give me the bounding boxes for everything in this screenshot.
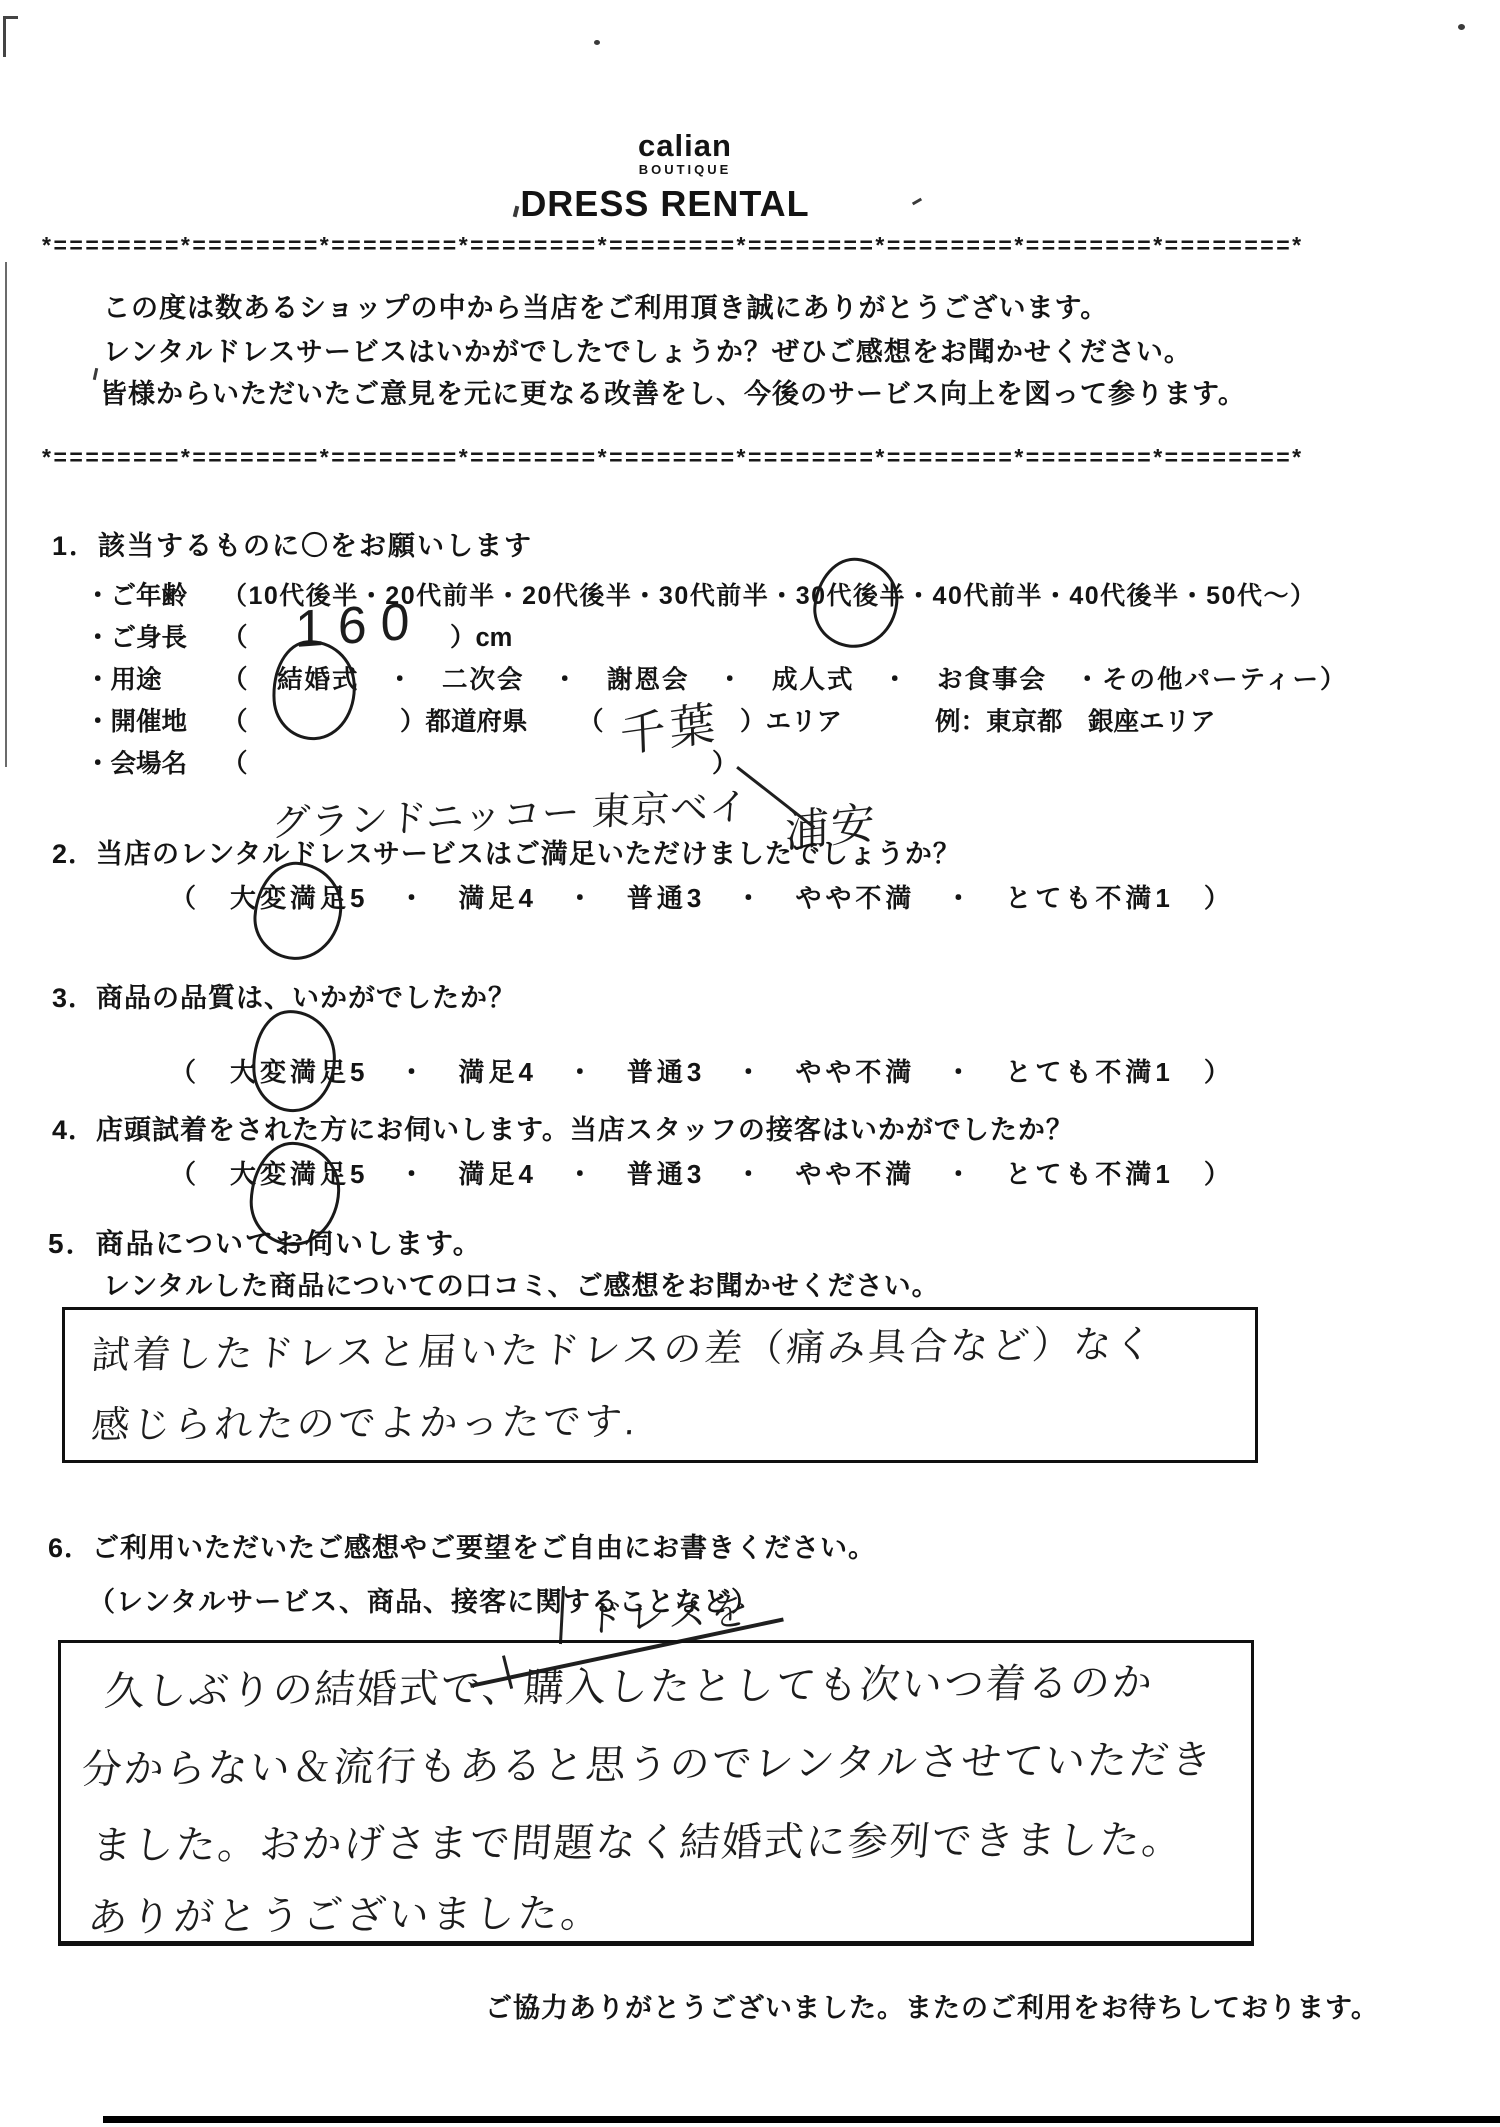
q3-title: 3．商品の品質は、いかがでしたか？ — [52, 976, 516, 1015]
q1-place-paren-open-2: （ — [578, 702, 604, 738]
handwritten-q5-comment-line-2: 感じられたのでよかったです. — [90, 1390, 641, 1449]
scan-mark-right-of-title — [912, 198, 922, 206]
handwritten-prefecture-value: 千葉 — [619, 686, 720, 766]
scan-left-edge-line — [5, 262, 7, 767]
q5-subtitle: レンタルした商品についての口コミ、ご感想をお聞かせください。 — [103, 1264, 940, 1303]
scan-bottom-edge-line — [103, 2116, 1500, 2123]
q1-venue-label: ・会場名 — [85, 744, 187, 780]
q1-place-label: ・開催地 — [85, 702, 187, 738]
scan-dot-top-right — [1458, 24, 1465, 30]
page-title: DRESS RENTAL — [460, 183, 870, 225]
circle-annotation-q3 — [249, 1008, 338, 1114]
q1-purpose-options: （ 結婚式 ・ 二次会 ・ 謝恩会 ・ 成人式 ・ お食事会 ・その他パーティー… — [222, 660, 1347, 696]
q5-title: 5．商品についてお伺いします。 — [48, 1222, 483, 1262]
circle-annotation-q2 — [251, 859, 346, 963]
q1-venue-paren-open: （ — [222, 744, 248, 780]
circle-annotation-age — [810, 554, 903, 652]
handwritten-q6-comment-line-4: ありがとうございました。 — [86, 1881, 606, 1943]
q1-place-prefecture-label: ）都道府県 — [400, 702, 528, 738]
brand-logo: calian — [560, 128, 810, 164]
brand-sub-label: BOUTIQUE — [560, 162, 810, 177]
separator-bottom: *========*========*========*========*===… — [42, 444, 1304, 471]
survey-scan-page: calian BOUTIQUE DRESS RENTAL *========*=… — [0, 0, 1500, 2127]
q1-title: 1．該当するものに〇をお願いします — [52, 524, 533, 563]
scan-dot-top-center — [594, 40, 600, 45]
q1-place-area-label: ）エリア — [740, 702, 842, 738]
intro-line-1: この度は数あるショップの中から当店をご利用頂き誠にありがとうございます。 — [103, 286, 1108, 325]
q1-height-paren-open: （ — [222, 618, 248, 654]
handwritten-q6-comment-line-2: 分からない＆流行もあると思うのでレンタルさせていただき — [80, 1728, 1216, 1795]
q6-title: 6．ご利用いただいたご感想やご要望をご自由にお書きください。 — [48, 1526, 876, 1565]
handwritten-q6-comment-line-1: 久しぶりの結婚式で、購入したとしても次いつ着るのか — [103, 1651, 1157, 1717]
scan-corner-bracket — [3, 16, 18, 57]
q1-age-label: ・ご年齢 — [85, 576, 187, 612]
separator-top: *========*========*========*========*===… — [42, 232, 1304, 259]
q1-height-paren-close: ）cm — [450, 618, 512, 654]
q1-purpose-label: ・用途 — [85, 660, 162, 696]
handwritten-q5-comment-line-1: 試着したドレスと届いたドレスの差（痛み具合など）なく — [90, 1313, 1158, 1379]
intro-line-2: レンタルドレスサービスはいかがでしたでしょうか？ぜひご感想をお聞かせください。 — [103, 330, 1192, 369]
scan-tick-before-line3 — [93, 368, 98, 380]
q4-title: 4．店頭試着をされた方にお伺いします。当店スタッフの接客はいかがでしたか？ — [52, 1108, 1074, 1147]
q2-title: 2．当店のレンタルドレスサービスはご満足いただけましたでしょうか？ — [52, 832, 961, 871]
q1-place-paren-open: （ — [222, 702, 248, 738]
intro-line-3: 皆様からいただいたご意見を元に更なる改善をし、今後のサービス向上を図って参ります… — [100, 372, 1246, 411]
q1-place-example: 例：東京都 銀座エリア — [935, 702, 1216, 738]
handwritten-q6-comment-line-3: ました。おかげさまで問題なく結婚式に参列できました。 — [90, 1808, 1187, 1871]
handwritten-insertion-text: ドレスを — [585, 1579, 754, 1643]
footer-thanks-text: ご協力ありがとうございました。またのご利用をお待ちしております。 — [485, 1986, 1379, 2025]
q1-height-label: ・ご身長 — [85, 618, 187, 654]
